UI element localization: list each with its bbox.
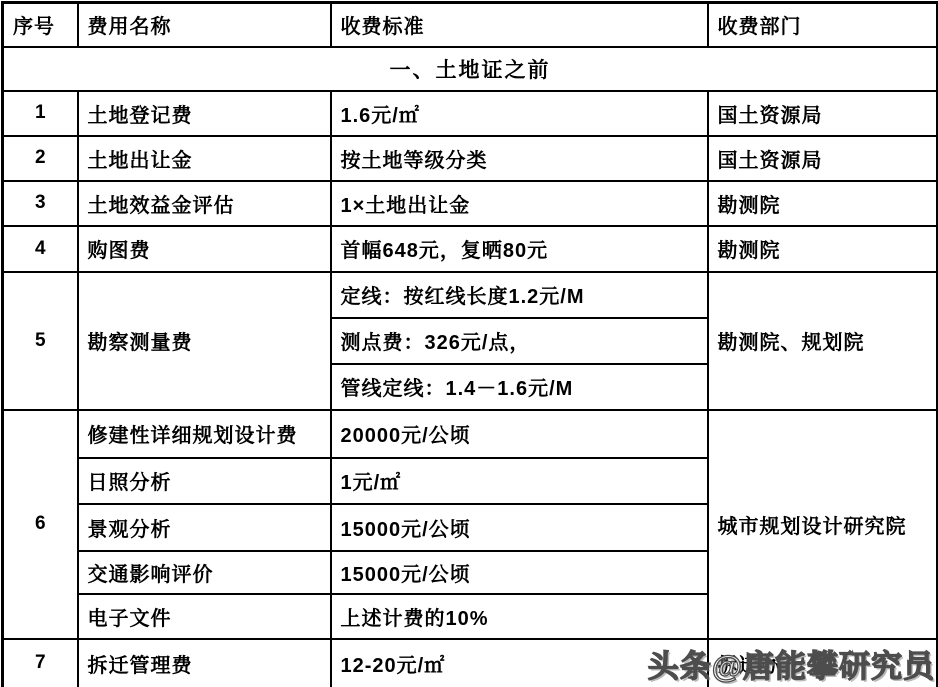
table-row: 3 土地效益金评估 1×土地出让金 勘测院 xyxy=(3,181,938,226)
cell-standard: 1×土地出让金 xyxy=(331,181,708,226)
cell-no: 2 xyxy=(3,136,78,181)
cell-standard: 测点费：326元/点， xyxy=(331,318,708,364)
cell-fee-name: 勘察测量费 xyxy=(78,272,331,410)
cell-no: 7 xyxy=(3,639,78,687)
cell-no: 1 xyxy=(3,91,78,136)
section-row: 一、土地证之前 xyxy=(3,47,938,91)
cell-department: 国土资源局 xyxy=(708,91,938,136)
fee-table-page: 序号 费用名称 收费标准 收费部门 一、土地证之前 1 土地登记费 1.6元/㎡… xyxy=(0,0,938,687)
cell-no: 4 xyxy=(3,226,78,272)
cell-fee-name: 交通影响评价 xyxy=(78,551,331,594)
cell-no: 5 xyxy=(3,272,78,410)
cell-fee-name: 拆迁管理费 xyxy=(78,639,331,687)
cell-fee-name: 土地登记费 xyxy=(78,91,331,136)
cell-standard: 上述计费的10% xyxy=(331,594,708,639)
cell-department: 勘测院、规划院 xyxy=(708,272,938,410)
cell-standard: 首幅648元，复晒80元 xyxy=(331,226,708,272)
table-row: 7 拆迁管理费 12-20元/㎡ 拆迁办 xyxy=(3,639,938,687)
section-title: 一、土地证之前 xyxy=(3,47,938,91)
header-department: 收费部门 xyxy=(708,3,938,47)
table-row: 4 购图费 首幅648元，复晒80元 勘测院 xyxy=(3,226,938,272)
table-row: 5 勘察测量费 定线：按红线长度1.2元/M 勘测院、规划院 xyxy=(3,272,938,318)
header-standard: 收费标准 xyxy=(331,3,708,47)
cell-standard: 按土地等级分类 xyxy=(331,136,708,181)
cell-standard: 15000元/公顷 xyxy=(331,551,708,594)
cell-fee-name: 土地效益金评估 xyxy=(78,181,331,226)
cell-fee-name: 土地出让金 xyxy=(78,136,331,181)
cell-department: 勘测院 xyxy=(708,181,938,226)
cell-department: 勘测院 xyxy=(708,226,938,272)
table-row: 6 修建性详细规划设计费 20000元/公顷 城市规划设计研究院 xyxy=(3,410,938,458)
cell-department: 国土资源局 xyxy=(708,136,938,181)
cell-standard: 12-20元/㎡ xyxy=(331,639,708,687)
table-row: 1 土地登记费 1.6元/㎡ 国土资源局 xyxy=(3,91,938,136)
header-fee-name: 费用名称 xyxy=(78,3,331,47)
cell-standard: 1.6元/㎡ xyxy=(331,91,708,136)
cell-fee-name: 购图费 xyxy=(78,226,331,272)
header-row: 序号 费用名称 收费标准 收费部门 xyxy=(3,3,938,47)
table-row: 2 土地出让金 按土地等级分类 国土资源局 xyxy=(3,136,938,181)
cell-standard: 15000元/公顷 xyxy=(331,504,708,551)
cell-no: 6 xyxy=(3,410,78,639)
cell-fee-name: 电子文件 xyxy=(78,594,331,639)
cell-standard: 1元/㎡ xyxy=(331,458,708,504)
cell-standard: 定线：按红线长度1.2元/M xyxy=(331,272,708,318)
cell-fee-name: 修建性详细规划设计费 xyxy=(78,410,331,458)
cell-fee-name: 日照分析 xyxy=(78,458,331,504)
header-no: 序号 xyxy=(3,3,78,47)
fee-table: 序号 费用名称 收费标准 收费部门 一、土地证之前 1 土地登记费 1.6元/㎡… xyxy=(1,1,938,687)
cell-standard: 20000元/公顷 xyxy=(331,410,708,458)
cell-fee-name: 景观分析 xyxy=(78,504,331,551)
cell-department: 拆迁办 xyxy=(708,639,938,687)
cell-standard: 管线定线：1.4－1.6元/M xyxy=(331,364,708,410)
cell-department: 城市规划设计研究院 xyxy=(708,410,938,639)
cell-no: 3 xyxy=(3,181,78,226)
